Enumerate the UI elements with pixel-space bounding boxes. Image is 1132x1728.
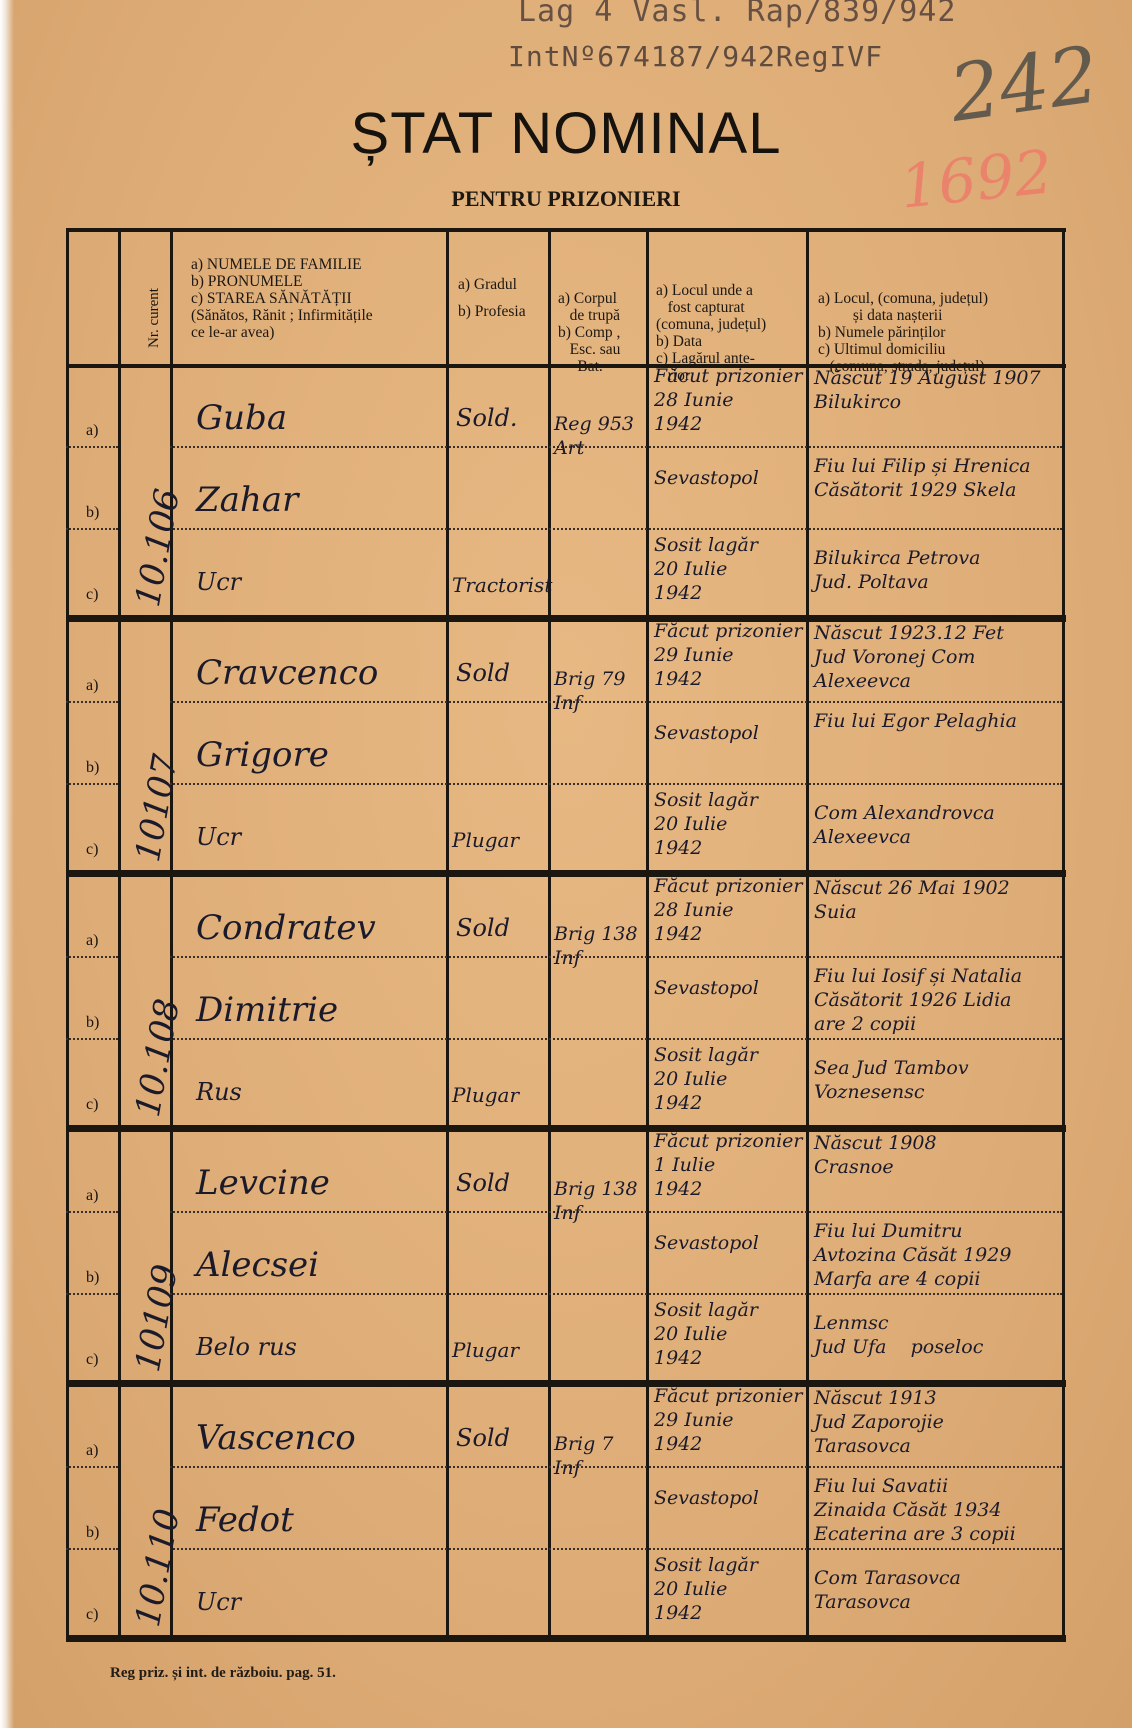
profession: Tractorist [452, 573, 552, 597]
last-domicile: Bilukirca Petrova Jud. Poltava [814, 546, 980, 594]
capture-place: Sevastopol [654, 1486, 759, 1510]
unit: Brig 138 Inf [554, 922, 638, 970]
surname: Cravcenco [196, 653, 378, 693]
parents: Fiu lui Savatii Zinaida Căsăt 1934 Ecate… [814, 1474, 1016, 1546]
surname: Condratev [196, 908, 376, 948]
entry-number: 10.108 [128, 996, 188, 1120]
surname: Levcine [196, 1163, 330, 1203]
first-name: Fedot [196, 1500, 294, 1540]
rank: Sold [456, 1424, 510, 1452]
first-name: Zahar [196, 480, 298, 520]
surname: Guba [196, 398, 287, 438]
sub-label-c: c) [86, 1096, 98, 1114]
sub-label-b: b) [86, 504, 99, 522]
sub-label-c: c) [86, 1606, 98, 1624]
row-divider [170, 783, 1062, 785]
last-domicile: Com Tarasovca Tarasovca [814, 1566, 961, 1614]
prisoner-table: Nr. curent a) NUMELE DE FAMILIEb) PRONUM… [66, 228, 1066, 1640]
first-name: Dimitrie [196, 990, 338, 1030]
page-subtitle: PENTRU PRIZONIERI [0, 186, 1132, 212]
sub-label-a: a) [86, 1442, 98, 1460]
col-divider [66, 228, 69, 1640]
row-divider [170, 1038, 1062, 1040]
sub-label-b: b) [86, 759, 99, 777]
birth-place-date: Născut 1908 Crasnoe [814, 1131, 937, 1179]
health-nationality: Ucr [196, 823, 241, 851]
entry-number: 10.106 [128, 486, 188, 610]
col-divider [446, 228, 449, 1640]
profession: Plugar [452, 1338, 519, 1362]
sub-label-c: c) [86, 1351, 98, 1369]
col-divider [548, 228, 551, 1640]
birth-place-date: Născut 1913 Jud Zaporojie Tarasovca [814, 1386, 944, 1458]
capture-place: Sevastopol [654, 721, 759, 745]
parents: Fiu lui Filip și Hrenica Căsătorit 1929 … [814, 454, 1031, 502]
col-divider [646, 228, 649, 1640]
stamp-line-1: Lag 4 Vasl. Rap/839/942 [518, 0, 956, 29]
parents: Fiu lui Egor Pelaghia [814, 709, 1017, 733]
entry-number: 10109 [128, 1261, 186, 1374]
previous-camp: Sosit lagăr 20 Iulie 1942 [654, 1553, 758, 1625]
capture-info: Făcut prizonier 28 Iunie 1942 [654, 874, 802, 946]
last-domicile: Sea Jud Tambov Voznesensc [814, 1056, 969, 1104]
stamp-line-2: IntNº674187/942RegIVF [508, 40, 883, 73]
previous-camp: Sosit lagăr 20 Iulie 1942 [654, 788, 758, 860]
parents: Fiu lui Iosif și Natalia Căsătorit 1926 … [814, 964, 1022, 1036]
row-divider [170, 528, 1062, 530]
sub-label-b: b) [86, 1269, 99, 1287]
row-divider [66, 446, 118, 448]
birth-place-date: Născut 19 August 1907 Bilukirco [814, 366, 1041, 414]
surname: Vascenco [196, 1418, 356, 1458]
table-top-rule [66, 228, 1066, 232]
capture-info: Făcut prizonier 29 Iunie 1942 [654, 619, 802, 691]
row-divider [66, 1211, 118, 1213]
previous-camp: Sosit lagăr 20 Iulie 1942 [654, 1298, 758, 1370]
health-nationality: Belo rus [196, 1333, 297, 1361]
capture-place: Sevastopol [654, 976, 759, 1000]
capture-place: Sevastopol [654, 466, 759, 490]
sub-label-c: c) [86, 586, 98, 604]
rank: Sold [456, 659, 510, 687]
capture-info: Făcut prizonier 28 Iunie 1942 [654, 364, 802, 436]
sub-label-b: b) [86, 1014, 99, 1032]
column-header-nr: Nr. curent [146, 288, 163, 348]
last-domicile: Com Alexandrovca Alexeevca [814, 801, 995, 849]
sub-label-a: a) [86, 422, 98, 440]
row-divider [170, 1466, 1062, 1468]
col-divider [1062, 228, 1065, 1640]
rank: Sold [456, 1169, 510, 1197]
row-divider [66, 1293, 118, 1295]
previous-camp: Sosit lagăr 20 Iulie 1942 [654, 533, 758, 605]
health-nationality: Ucr [196, 568, 241, 596]
sub-label-a: a) [86, 932, 98, 950]
parents: Fiu lui Dumitru Avtozina Căsăt 1929 Marf… [814, 1219, 1011, 1291]
health-nationality: Rus [196, 1078, 242, 1106]
col-divider [118, 228, 121, 1640]
col-divider [806, 228, 809, 1640]
column-header-name: a) NUMELE DE FAMILIEb) PRONUMELEc) STARE… [191, 256, 373, 341]
row-divider [66, 1038, 118, 1040]
row-divider [66, 783, 118, 785]
row-divider [66, 528, 118, 530]
page-title: ȘTAT NOMINAL [0, 100, 1132, 167]
row-divider [66, 1466, 118, 1468]
entry-number: 10107 [128, 751, 186, 864]
unit: Brig 138 Inf [554, 1177, 638, 1225]
unit: Brig 7 Inf [554, 1432, 613, 1480]
col-divider [170, 228, 173, 1640]
sub-label-a: a) [86, 677, 98, 695]
unit: Brig 79 Inf [554, 667, 626, 715]
birth-place-date: Născut 26 Mai 1902 Suia [814, 876, 1010, 924]
row-divider [170, 1293, 1062, 1295]
entry-separator [66, 1635, 1066, 1642]
birth-place-date: Născut 1923.12 Fet Jud Voronej Com Alexe… [814, 621, 1004, 693]
first-name: Alecsei [196, 1245, 319, 1285]
previous-camp: Sosit lagăr 20 Iulie 1942 [654, 1043, 758, 1115]
rank: Sold [456, 914, 510, 942]
last-domicile: Lenmsc Jud Ufa poseloc [814, 1311, 983, 1359]
paper-edge [0, 0, 14, 1728]
row-divider [66, 1548, 118, 1550]
profession: Plugar [452, 1083, 519, 1107]
capture-info: Făcut prizonier 1 Iulie 1942 [654, 1129, 802, 1201]
row-divider [66, 701, 118, 703]
capture-info: Făcut prizonier 29 Iunie 1942 [654, 1384, 802, 1456]
capture-place: Sevastopol [654, 1231, 759, 1255]
health-nationality: Ucr [196, 1588, 241, 1616]
first-name: Grigore [196, 735, 329, 775]
sub-label-b: b) [86, 1524, 99, 1542]
row-divider [66, 956, 118, 958]
profession: Plugar [452, 828, 519, 852]
row-divider [170, 1548, 1062, 1550]
column-header-unit: a) Corpul de trupăb) Comp , Esc. sau Bat… [558, 256, 620, 409]
column-header-rank: a) Gradulb) Profesia [458, 276, 526, 320]
unit: Reg 953 Art [554, 412, 634, 460]
entry-number: 10.110 [128, 1506, 188, 1630]
rank: Sold. [456, 404, 518, 432]
sub-label-c: c) [86, 841, 98, 859]
document-page: Lag 4 Vasl. Rap/839/942 IntNº674187/942R… [0, 0, 1132, 1728]
sub-label-a: a) [86, 1187, 98, 1205]
footer-reference: Reg priz. și int. de războiu. pag. 51. [110, 1665, 336, 1682]
